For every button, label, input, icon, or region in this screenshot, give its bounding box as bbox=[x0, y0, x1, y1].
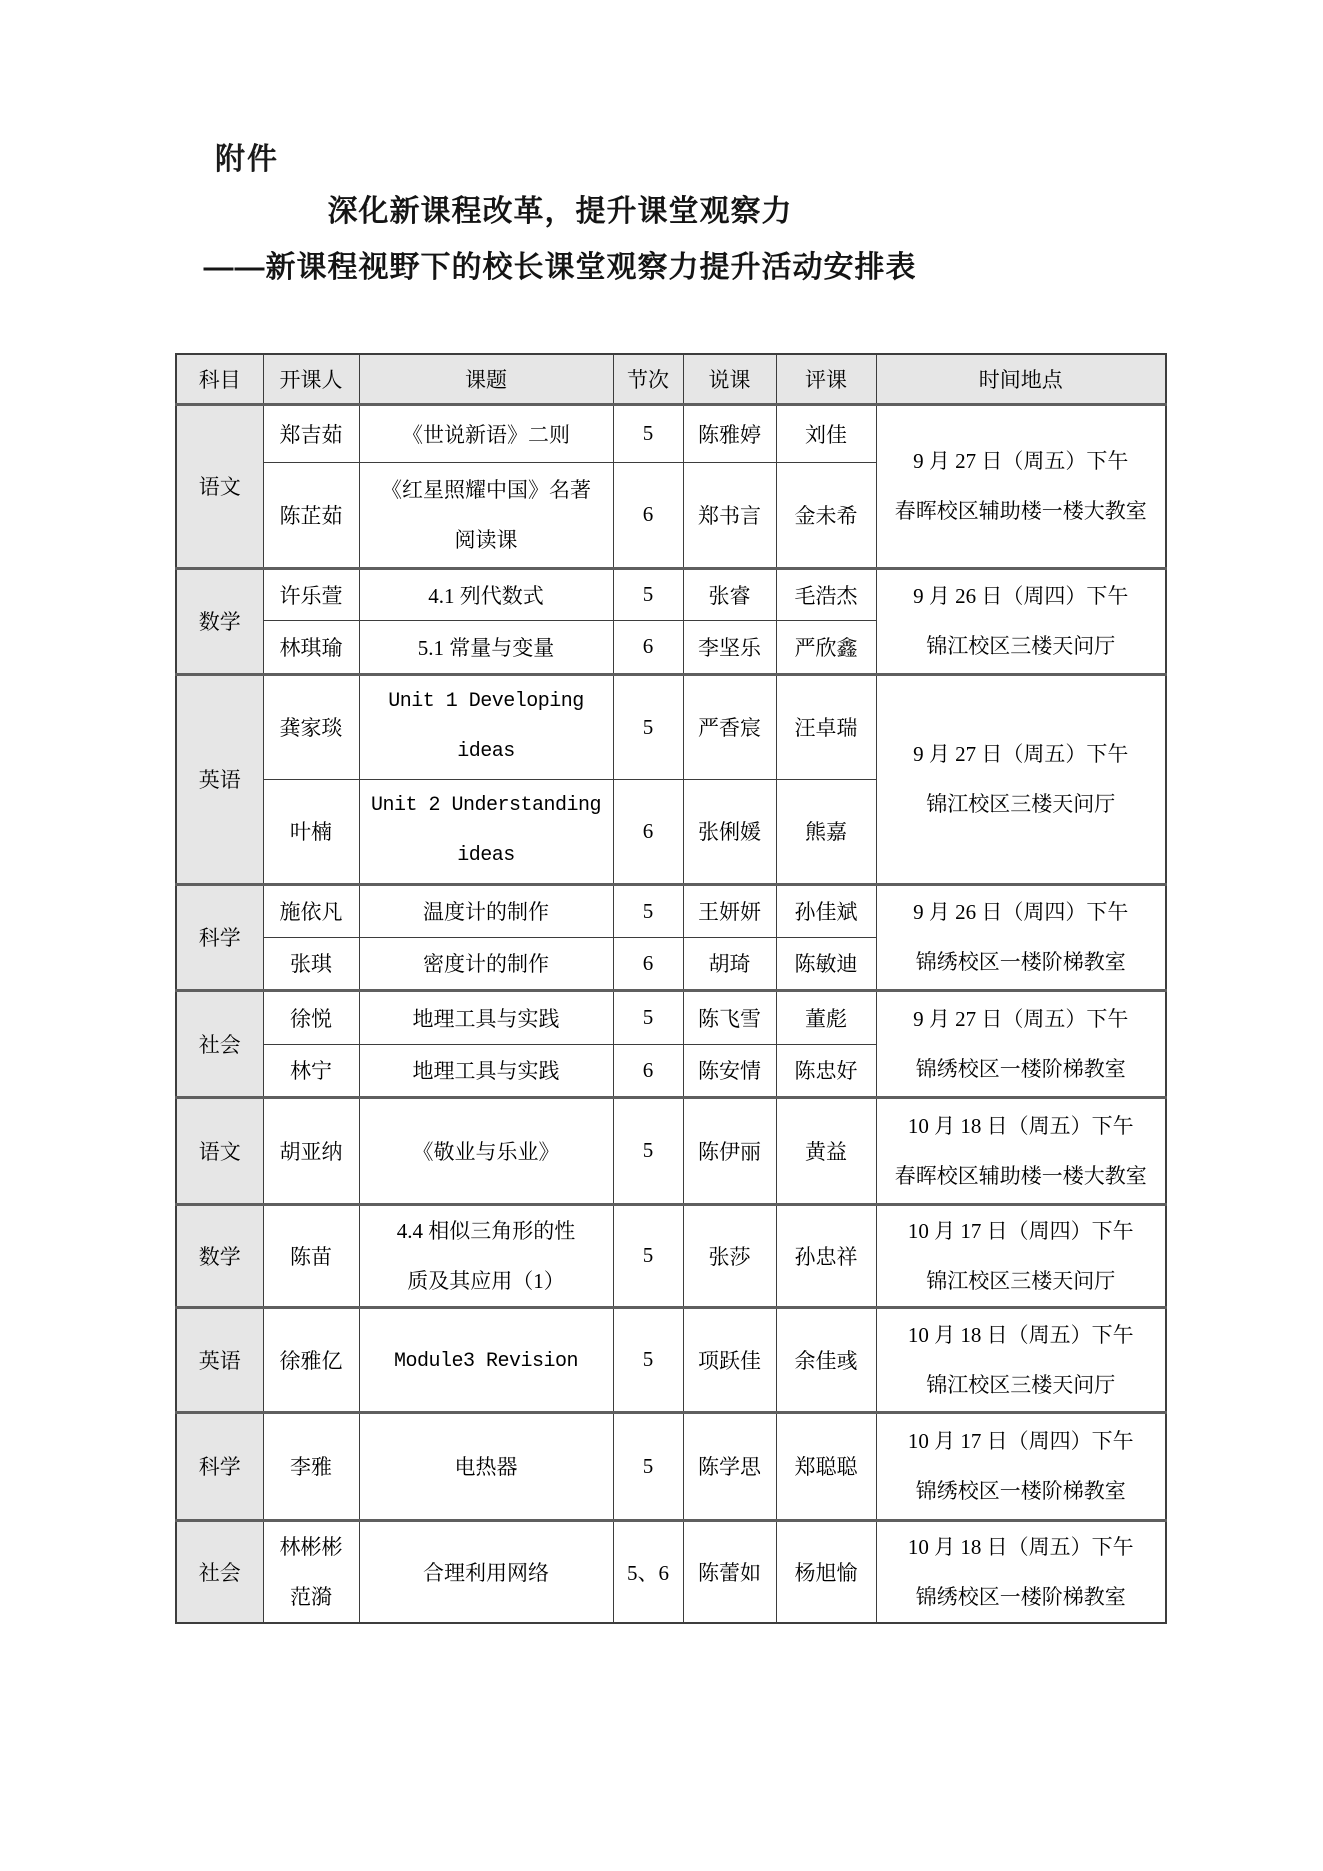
teacher-cell: 林彬彬 范漪 bbox=[263, 1520, 359, 1623]
topic-cell: 地理工具与实践 bbox=[359, 1044, 613, 1097]
presenter-cell: 李坚乐 bbox=[683, 620, 776, 674]
time-place-cell: 9 月 26 日（周四）下午 锦江校区三楼天问厅 bbox=[876, 568, 1166, 674]
time-place-cell: 9 月 26 日（周四）下午 锦绣校区一楼阶梯教室 bbox=[876, 884, 1166, 990]
time-line: 10 月 18 日（周五）下午 bbox=[881, 1522, 1162, 1572]
evaluator-cell: 毛浩杰 bbox=[776, 568, 876, 620]
table-row: 科学 施依凡 温度计的制作 5 王妍妍 孙佳斌 9 月 26 日（周四）下午 锦… bbox=[176, 884, 1166, 937]
period-cell: 5 bbox=[613, 404, 683, 462]
col-header-evaluator: 评课 bbox=[776, 354, 876, 404]
evaluator-cell: 严欣鑫 bbox=[776, 620, 876, 674]
period-cell: 5 bbox=[613, 1307, 683, 1412]
place-line: 锦江校区三楼天问厅 bbox=[881, 621, 1162, 671]
time-place-cell: 9 月 27 日（周五）下午 春晖校区辅助楼一楼大教室 bbox=[876, 404, 1166, 568]
period-cell: 6 bbox=[613, 462, 683, 568]
evaluator-cell: 杨旭愉 bbox=[776, 1520, 876, 1623]
period-cell: 5 bbox=[613, 1097, 683, 1204]
table-row: 语文 胡亚纳 《敬业与乐业》 5 陈伊丽 黄益 10 月 18 日（周五）下午 … bbox=[176, 1097, 1166, 1204]
period-cell: 5 bbox=[613, 568, 683, 620]
teacher-cell: 林宁 bbox=[263, 1044, 359, 1097]
teacher-cell: 龚家琰 bbox=[263, 674, 359, 779]
teacher-cell: 李雅 bbox=[263, 1412, 359, 1520]
evaluator-cell: 郑聪聪 bbox=[776, 1412, 876, 1520]
time-place-cell: 10 月 18 日（周五）下午 锦江校区三楼天问厅 bbox=[876, 1307, 1166, 1412]
time-place-cell: 10 月 17 日（周四）下午 锦江校区三楼天问厅 bbox=[876, 1204, 1166, 1307]
time-line: 9 月 26 日（周四）下午 bbox=[881, 571, 1162, 621]
presenter-cell: 严香宸 bbox=[683, 674, 776, 779]
subject-cell: 数学 bbox=[176, 1204, 263, 1307]
presenter-cell: 陈安情 bbox=[683, 1044, 776, 1097]
time-line: 10 月 17 日（周四）下午 bbox=[881, 1416, 1162, 1466]
subject-cell: 英语 bbox=[176, 674, 263, 884]
evaluator-cell: 刘佳 bbox=[776, 404, 876, 462]
time-line: 9 月 26 日（周四）下午 bbox=[881, 887, 1162, 937]
place-line: 春晖校区辅助楼一楼大教室 bbox=[881, 1151, 1162, 1201]
period-cell: 6 bbox=[613, 937, 683, 990]
header-row: 科目 开课人 课题 节次 说课 评课 时间地点 bbox=[176, 354, 1166, 404]
period-cell: 6 bbox=[613, 620, 683, 674]
schedule-table: 科目 开课人 课题 节次 说课 评课 时间地点 语文 郑吉茹 《世说新语》二则 … bbox=[175, 353, 1167, 1624]
period-cell: 5、6 bbox=[613, 1520, 683, 1623]
table-row: 数学 陈苗 4.4 相似三角形的性 质及其应用（1） 5 张莎 孙忠祥 10 月… bbox=[176, 1204, 1166, 1307]
col-header-presenter: 说课 bbox=[683, 354, 776, 404]
topic-line: 4.4 相似三角形的性 bbox=[364, 1206, 609, 1256]
subject-cell: 数学 bbox=[176, 568, 263, 674]
col-header-topic: 课题 bbox=[359, 354, 613, 404]
topic-line: Unit 2 Understanding bbox=[364, 781, 609, 831]
evaluator-cell: 董彪 bbox=[776, 990, 876, 1044]
topic-cell: 温度计的制作 bbox=[359, 884, 613, 937]
presenter-cell: 张睿 bbox=[683, 568, 776, 620]
teacher-cell: 徐悦 bbox=[263, 990, 359, 1044]
table-row: 科学 李雅 电热器 5 陈学思 郑聪聪 10 月 17 日（周四）下午 锦绣校区… bbox=[176, 1412, 1166, 1520]
time-line: 9 月 27 日（周五）下午 bbox=[881, 436, 1162, 486]
topic-cell: 4.4 相似三角形的性 质及其应用（1） bbox=[359, 1204, 613, 1307]
topic-cell: 合理利用网络 bbox=[359, 1520, 613, 1623]
teacher-cell: 许乐萱 bbox=[263, 568, 359, 620]
teacher-cell: 胡亚纳 bbox=[263, 1097, 359, 1204]
time-place-cell: 10 月 18 日（周五）下午 春晖校区辅助楼一楼大教室 bbox=[876, 1097, 1166, 1204]
period-cell: 5 bbox=[613, 1204, 683, 1307]
topic-line: ideas bbox=[364, 831, 609, 881]
evaluator-cell: 汪卓瑞 bbox=[776, 674, 876, 779]
subject-cell: 科学 bbox=[176, 884, 263, 990]
presenter-cell: 陈学思 bbox=[683, 1412, 776, 1520]
time-line: 10 月 17 日（周四）下午 bbox=[881, 1206, 1162, 1256]
period-cell: 5 bbox=[613, 1412, 683, 1520]
subject-cell: 语文 bbox=[176, 1097, 263, 1204]
topic-cell: Unit 1 Developing ideas bbox=[359, 674, 613, 779]
presenter-cell: 胡琦 bbox=[683, 937, 776, 990]
presenter-cell: 张莎 bbox=[683, 1204, 776, 1307]
time-place-cell: 10 月 18 日（周五）下午 锦绣校区一楼阶梯教室 bbox=[876, 1520, 1166, 1623]
place-line: 锦江校区三楼天问厅 bbox=[881, 779, 1162, 829]
teacher-cell: 郑吉茹 bbox=[263, 404, 359, 462]
topic-cell: Module3 Revision bbox=[359, 1307, 613, 1412]
evaluator-cell: 熊嘉 bbox=[776, 779, 876, 884]
teacher-cell: 陈芷茹 bbox=[263, 462, 359, 568]
table-row: 英语 徐雅亿 Module3 Revision 5 项跃佳 余佳彧 10 月 1… bbox=[176, 1307, 1166, 1412]
topic-cell: 4.1 列代数式 bbox=[359, 568, 613, 620]
subject-cell: 英语 bbox=[176, 1307, 263, 1412]
table-row: 数学 许乐萱 4.1 列代数式 5 张睿 毛浩杰 9 月 26 日（周四）下午 … bbox=[176, 568, 1166, 620]
topic-cell: 密度计的制作 bbox=[359, 937, 613, 990]
teacher-line: 林彬彬 bbox=[268, 1522, 355, 1572]
evaluator-cell: 余佳彧 bbox=[776, 1307, 876, 1412]
topic-cell: 《世说新语》二则 bbox=[359, 404, 613, 462]
table-row: 社会 徐悦 地理工具与实践 5 陈飞雪 董彪 9 月 27 日（周五）下午 锦绣… bbox=[176, 990, 1166, 1044]
topic-cell: 5.1 常量与变量 bbox=[359, 620, 613, 674]
col-header-subject: 科目 bbox=[176, 354, 263, 404]
presenter-cell: 陈飞雪 bbox=[683, 990, 776, 1044]
topic-line: 《红星照耀中国》名著 bbox=[364, 465, 609, 515]
presenter-cell: 陈伊丽 bbox=[683, 1097, 776, 1204]
place-line: 春晖校区辅助楼一楼大教室 bbox=[881, 486, 1162, 536]
attachment-label: 附件 bbox=[215, 134, 279, 178]
period-cell: 6 bbox=[613, 779, 683, 884]
teacher-cell: 张琪 bbox=[263, 937, 359, 990]
period-cell: 5 bbox=[613, 884, 683, 937]
time-line: 9 月 27 日（周五）下午 bbox=[881, 994, 1162, 1044]
place-line: 锦江校区三楼天问厅 bbox=[881, 1256, 1162, 1306]
topic-cell: 《敬业与乐业》 bbox=[359, 1097, 613, 1204]
time-line: 9 月 27 日（周五）下午 bbox=[881, 729, 1162, 779]
table-row: 语文 郑吉茹 《世说新语》二则 5 陈雅婷 刘佳 9 月 27 日（周五）下午 … bbox=[176, 404, 1166, 462]
topic-cell: Unit 2 Understanding ideas bbox=[359, 779, 613, 884]
presenter-cell: 张俐媛 bbox=[683, 779, 776, 884]
teacher-line: 范漪 bbox=[268, 1572, 355, 1622]
topic-line: 质及其应用（1） bbox=[364, 1256, 609, 1306]
evaluator-cell: 孙佳斌 bbox=[776, 884, 876, 937]
place-line: 锦绣校区一楼阶梯教室 bbox=[881, 1572, 1162, 1622]
topic-line: Unit 1 Developing bbox=[364, 677, 609, 727]
time-line: 10 月 18 日（周五）下午 bbox=[881, 1310, 1162, 1360]
col-header-time-place: 时间地点 bbox=[876, 354, 1166, 404]
place-line: 锦绣校区一楼阶梯教室 bbox=[881, 1044, 1162, 1094]
subject-cell: 社会 bbox=[176, 990, 263, 1097]
document-subtitle: ——新课程视野下的校长课堂观察力提升活动安排表 bbox=[60, 242, 1060, 286]
evaluator-cell: 金未希 bbox=[776, 462, 876, 568]
presenter-cell: 项跃佳 bbox=[683, 1307, 776, 1412]
topic-cell: 电热器 bbox=[359, 1412, 613, 1520]
time-line: 10 月 18 日（周五）下午 bbox=[881, 1101, 1162, 1151]
document-title: 深化新课程改革，提升课堂观察力 bbox=[60, 186, 1060, 230]
place-line: 锦江校区三楼天问厅 bbox=[881, 1360, 1162, 1410]
subject-cell: 社会 bbox=[176, 1520, 263, 1623]
evaluator-cell: 黄益 bbox=[776, 1097, 876, 1204]
presenter-cell: 王妍妍 bbox=[683, 884, 776, 937]
evaluator-cell: 陈敏迪 bbox=[776, 937, 876, 990]
table-row: 社会 林彬彬 范漪 合理利用网络 5、6 陈蕾如 杨旭愉 10 月 18 日（周… bbox=[176, 1520, 1166, 1623]
presenter-cell: 陈蕾如 bbox=[683, 1520, 776, 1623]
teacher-cell: 林琪瑜 bbox=[263, 620, 359, 674]
time-place-cell: 9 月 27 日（周五）下午 锦江校区三楼天问厅 bbox=[876, 674, 1166, 884]
topic-line: 阅读课 bbox=[364, 515, 609, 565]
topic-cell: 地理工具与实践 bbox=[359, 990, 613, 1044]
evaluator-cell: 孙忠祥 bbox=[776, 1204, 876, 1307]
period-cell: 5 bbox=[613, 990, 683, 1044]
place-line: 锦绣校区一楼阶梯教室 bbox=[881, 1466, 1162, 1516]
topic-line: Module3 Revision bbox=[394, 1350, 578, 1373]
time-place-cell: 9 月 27 日（周五）下午 锦绣校区一楼阶梯教室 bbox=[876, 990, 1166, 1097]
presenter-cell: 陈雅婷 bbox=[683, 404, 776, 462]
col-header-period: 节次 bbox=[613, 354, 683, 404]
teacher-cell: 徐雅亿 bbox=[263, 1307, 359, 1412]
topic-line: ideas bbox=[364, 727, 609, 777]
time-place-cell: 10 月 17 日（周四）下午 锦绣校区一楼阶梯教室 bbox=[876, 1412, 1166, 1520]
period-cell: 6 bbox=[613, 1044, 683, 1097]
presenter-cell: 郑书言 bbox=[683, 462, 776, 568]
teacher-cell: 施依凡 bbox=[263, 884, 359, 937]
col-header-teacher: 开课人 bbox=[263, 354, 359, 404]
teacher-cell: 陈苗 bbox=[263, 1204, 359, 1307]
document-page: 附件 深化新课程改革，提升课堂观察力 ——新课程视野下的校长课堂观察力提升活动安… bbox=[0, 0, 1323, 1871]
period-cell: 5 bbox=[613, 674, 683, 779]
teacher-cell: 叶楠 bbox=[263, 779, 359, 884]
table-row: 英语 龚家琰 Unit 1 Developing ideas 5 严香宸 汪卓瑞… bbox=[176, 674, 1166, 779]
evaluator-cell: 陈忠好 bbox=[776, 1044, 876, 1097]
place-line: 锦绣校区一楼阶梯教室 bbox=[881, 937, 1162, 987]
subject-cell: 科学 bbox=[176, 1412, 263, 1520]
topic-cell: 《红星照耀中国》名著 阅读课 bbox=[359, 462, 613, 568]
subject-cell: 语文 bbox=[176, 404, 263, 568]
